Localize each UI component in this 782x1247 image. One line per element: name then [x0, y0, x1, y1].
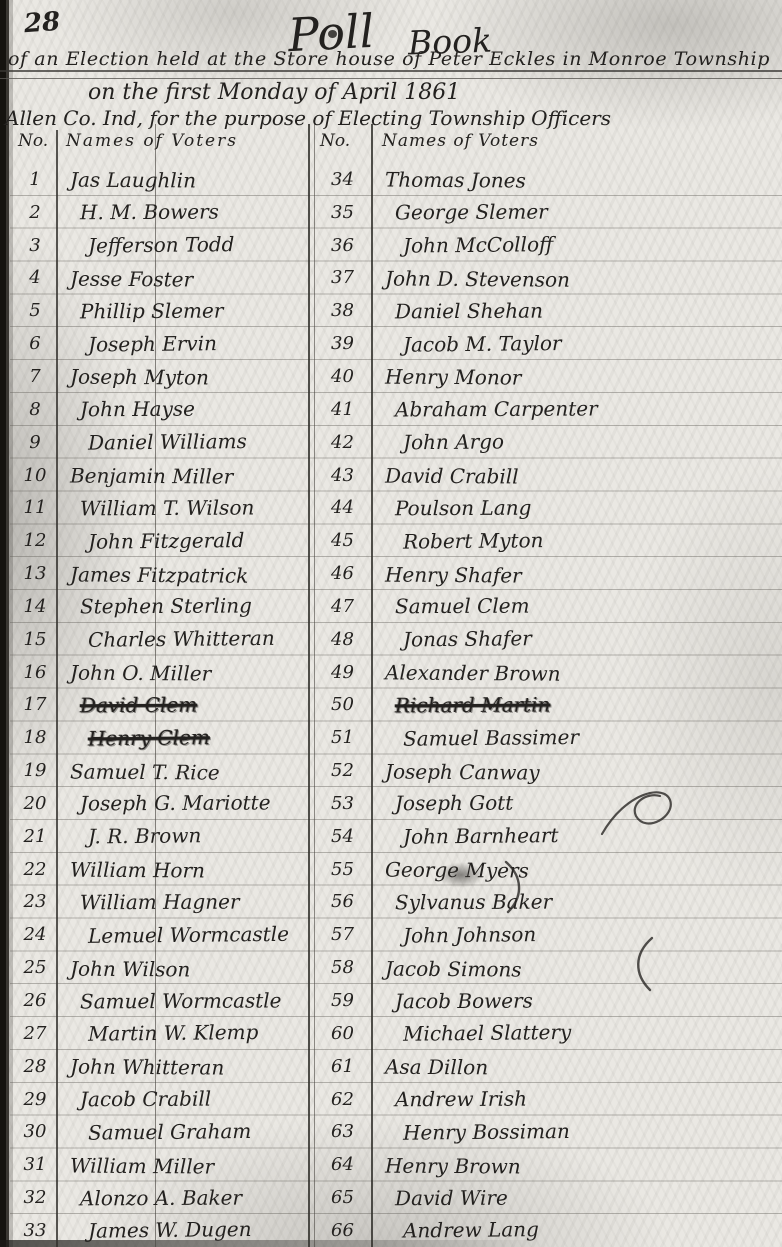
voter-name: Daniel Williams [58, 429, 247, 455]
voter-name: Thomas Jones [373, 168, 526, 193]
row-number: 24 [12, 924, 58, 945]
voter-name: Phillip Slemer [58, 298, 224, 323]
voter-name: Henry Clem [58, 725, 210, 751]
table-row: 16John O. Miller [12, 656, 312, 689]
voter-name: Joseph Myton [58, 365, 209, 390]
row-number: 10 [12, 465, 58, 486]
table-row: 35George Slemer [312, 196, 780, 229]
row-number: 63 [312, 1121, 373, 1142]
voter-name: Jefferson Todd [58, 232, 235, 258]
voter-name: Andrew Irish [373, 1087, 527, 1112]
voter-name: Alonzo A. Baker [58, 1185, 242, 1210]
row-number: 41 [312, 399, 373, 420]
voter-name: Samuel Clem [373, 594, 530, 619]
row-number: 40 [312, 366, 373, 387]
row-number: 56 [312, 891, 373, 912]
table-row: 44Poulson Lang [312, 491, 780, 524]
voter-name: Benjamin Miller [58, 463, 233, 488]
row-number: 6 [12, 333, 58, 354]
table-row: 28John Whitteran [12, 1050, 312, 1083]
row-number: 21 [12, 826, 58, 847]
row-number: 34 [312, 169, 373, 190]
row-number: 8 [12, 399, 58, 420]
poll-book-page: 28 Poll Book of an Election held at the … [0, 0, 782, 1247]
row-number: 46 [312, 563, 373, 584]
row-number: 59 [312, 990, 373, 1011]
table-row: 19Samuel T. Rice [12, 754, 312, 787]
table-row: 33James W. Dugen [12, 1214, 312, 1247]
voter-name: Henry Brown [373, 1153, 521, 1178]
row-number: 1 [12, 169, 58, 190]
table-row: 45Robert Myton [312, 524, 780, 557]
row-number: 4 [12, 267, 58, 288]
table-row: 63Henry Bossiman [312, 1115, 780, 1148]
voter-name: Abraham Carpenter [373, 397, 598, 422]
voter-column-right: 34Thomas Jones35George Slemer36John McCo… [312, 163, 780, 1247]
row-number: 52 [312, 760, 373, 781]
voter-name: William T. Wilson [58, 495, 254, 520]
voter-name: Jesse Foster [58, 266, 193, 291]
voter-name: James Fitzpatrick [58, 562, 248, 587]
column-header-no-left: No. [18, 131, 48, 151]
row-number: 39 [312, 333, 373, 354]
voter-name: Samuel Bassimer [373, 725, 579, 751]
voter-name: Samuel Graham [58, 1119, 252, 1145]
row-number: 20 [12, 793, 58, 814]
row-number: 3 [12, 235, 58, 256]
row-number: 35 [312, 202, 373, 223]
voter-name: James W. Dugen [58, 1217, 252, 1243]
voter-name: George Slemer [373, 200, 548, 225]
table-row: 36John McColloff [312, 229, 780, 262]
row-number: 30 [12, 1121, 58, 1142]
row-number: 49 [312, 662, 373, 683]
table-row: 60Michael Slattery [312, 1017, 780, 1050]
row-number: 22 [12, 859, 58, 880]
row-number: 66 [312, 1220, 373, 1241]
table-row: 17David Clem [12, 689, 312, 722]
row-number: 48 [312, 629, 373, 650]
row-number: 15 [12, 629, 58, 650]
table-row: 25John Wilson [12, 951, 312, 984]
row-number: 25 [12, 957, 58, 978]
row-number: 7 [12, 366, 58, 387]
voter-name: John D. Stevenson [373, 266, 570, 291]
row-number: 11 [12, 497, 58, 518]
table-row: 46Henry Shafer [312, 557, 780, 590]
column-header-names-left: Names of Voters [66, 131, 238, 151]
row-number: 32 [12, 1187, 58, 1208]
row-number: 42 [312, 432, 373, 453]
row-number: 31 [12, 1154, 58, 1175]
voter-name: John Argo [373, 429, 504, 454]
voter-name: Samuel T. Rice [58, 759, 220, 784]
table-row: 49Alexander Brown [312, 656, 780, 689]
table-row: 31William Miller [12, 1148, 312, 1181]
row-number: 58 [312, 957, 373, 978]
table-row: 5Phillip Slemer [12, 294, 312, 327]
row-number: 36 [312, 235, 373, 256]
table-row: 41Abraham Carpenter [312, 393, 780, 426]
row-number: 60 [312, 1023, 373, 1044]
row-number: 43 [312, 465, 373, 486]
table-row: 21J. R. Brown [12, 820, 312, 853]
voter-name: William Miller [58, 1153, 214, 1178]
table-row: 54John Barnheart [312, 820, 780, 853]
voter-name: Stephen Sterling [58, 594, 252, 619]
voter-name: Jonas Shafer [373, 626, 532, 652]
table-row: 12John Fitzgerald [12, 524, 312, 557]
table-row: 32Alonzo A. Baker [12, 1181, 312, 1214]
voter-name: John Wilson [58, 956, 191, 981]
header-line-1: of an Election held at the Store house o… [8, 48, 782, 70]
table-row: 64Henry Brown [312, 1148, 780, 1181]
row-number: 16 [12, 662, 58, 683]
table-row: 62Andrew Irish [312, 1083, 780, 1116]
table-row: 11William T. Wilson [12, 491, 312, 524]
table-row: 22William Horn [12, 853, 312, 886]
voter-name: John Fitzgerald [58, 528, 245, 554]
table-row: 50Richard Martin [312, 689, 780, 722]
row-number: 65 [312, 1187, 373, 1208]
voter-name: William Hagner [58, 890, 240, 915]
row-number: 47 [312, 596, 373, 617]
voter-name: Jacob Simons [373, 956, 522, 981]
voter-name: Joseph G. Mariotte [58, 791, 271, 816]
row-number: 44 [312, 497, 373, 518]
table-row: 48Jonas Shafer [312, 623, 780, 656]
row-number: 38 [312, 300, 373, 321]
voter-name: Samuel Wormcastle [58, 988, 282, 1013]
table-row: 56Sylvanus Baker [312, 886, 780, 919]
table-row: 13James Fitzpatrick [12, 557, 312, 590]
table-row: 53Joseph Gott [312, 787, 780, 820]
table-row: 55George Myers [312, 853, 780, 886]
table-row: 15Charles Whitteran [12, 623, 312, 656]
table-row: 1Jas Laughlin [12, 163, 312, 196]
table-row: 42John Argo [312, 426, 780, 459]
row-number: 23 [12, 891, 58, 912]
voter-name: John McColloff [373, 232, 553, 258]
table-row: 29Jacob Crabill [12, 1083, 312, 1116]
row-number: 55 [312, 859, 373, 880]
table-row: 9Daniel Williams [12, 426, 312, 459]
voter-name: Joseph Gott [373, 791, 513, 816]
table-row: 34Thomas Jones [312, 163, 780, 196]
voter-name: David Wire [373, 1185, 508, 1210]
voter-name: Richard Martin [373, 692, 551, 717]
table-row: 24Lemuel Wormcastle [12, 918, 312, 951]
table-row: 4Jesse Foster [12, 262, 312, 295]
voter-name: John Johnson [373, 922, 536, 948]
table-row: 23William Hagner [12, 886, 312, 919]
row-number: 29 [12, 1089, 58, 1110]
table-row: 51Samuel Bassimer [312, 721, 780, 754]
voter-name: Jacob M. Taylor [373, 331, 562, 357]
row-number: 9 [12, 432, 58, 453]
table-row: 40Henry Monor [312, 360, 780, 393]
voter-name: Joseph Ervin [58, 331, 217, 357]
voter-name: Lemuel Wormcastle [58, 922, 289, 948]
table-row: 18Henry Clem [12, 721, 312, 754]
voter-name: Robert Myton [373, 528, 544, 554]
table-row: 61Asa Dillon [312, 1050, 780, 1083]
table-row: 43David Crabill [312, 459, 780, 492]
voter-column-left: 1Jas Laughlin2H. M. Bowers3Jefferson Tod… [12, 163, 312, 1247]
row-number: 62 [312, 1089, 373, 1110]
row-number: 5 [12, 300, 58, 321]
voter-name: John Hayse [58, 397, 195, 422]
voter-name: Sylvanus Baker [373, 890, 552, 915]
table-row: 38Daniel Shehan [312, 294, 780, 327]
table-row: 20Joseph G. Mariotte [12, 787, 312, 820]
row-number: 26 [12, 990, 58, 1011]
page-number: 28 [23, 7, 61, 39]
table-row: 3Jefferson Todd [12, 229, 312, 262]
voter-name: Jacob Bowers [373, 988, 533, 1013]
table-row: 57John Johnson [312, 918, 780, 951]
table-row: 27Martin W. Klemp [12, 1017, 312, 1050]
table-row: 66Andrew Lang [312, 1214, 780, 1247]
voter-name: Henry Shafer [373, 562, 522, 587]
row-number: 2 [12, 202, 58, 223]
voter-name: John Barnheart [373, 823, 559, 849]
row-number: 27 [12, 1023, 58, 1044]
table-row: 47Samuel Clem [312, 590, 780, 623]
row-number: 51 [312, 727, 373, 748]
table-row: 2H. M. Bowers [12, 196, 312, 229]
row-number: 53 [312, 793, 373, 814]
table-row: 8John Hayse [12, 393, 312, 426]
voter-name: Joseph Canway [373, 759, 540, 784]
row-number: 14 [12, 596, 58, 617]
voter-name: Martin W. Klemp [58, 1020, 259, 1046]
row-number: 54 [312, 826, 373, 847]
row-number: 37 [312, 267, 373, 288]
table-row: 58Jacob Simons [312, 951, 780, 984]
voter-name: John Whitteran [58, 1055, 224, 1080]
row-number: 45 [312, 530, 373, 551]
voter-name: Henry Bossiman [373, 1119, 570, 1145]
table-row: 37John D. Stevenson [312, 262, 780, 295]
header-line-3: Allen Co. Ind, for the purpose of Electi… [5, 106, 611, 130]
header-line-2: on the first Monday of April 1861 [88, 80, 460, 105]
row-number: 19 [12, 760, 58, 781]
ink-smudge [438, 862, 484, 888]
row-number: 17 [12, 694, 58, 715]
column-header-names-right: Names of Voters [382, 131, 539, 151]
row-number: 18 [12, 727, 58, 748]
voter-name: Henry Monor [373, 365, 522, 390]
row-number: 12 [12, 530, 58, 551]
table-row: 14Stephen Sterling [12, 590, 312, 623]
header-underline [0, 70, 782, 79]
voter-name: Andrew Lang [373, 1218, 539, 1244]
row-number: 57 [312, 924, 373, 945]
row-number: 61 [312, 1056, 373, 1077]
table-row: 10Benjamin Miller [12, 459, 312, 492]
voter-name: Charles Whitteran [58, 626, 275, 652]
table-row: 52Joseph Canway [312, 754, 780, 787]
voter-name: Poulson Lang [373, 495, 532, 520]
row-number: 28 [12, 1056, 58, 1077]
voter-name: H. M. Bowers [58, 200, 219, 225]
voter-name: Jacob Crabill [58, 1087, 211, 1112]
table-row: 59Jacob Bowers [312, 984, 780, 1017]
voter-name: Jas Laughlin [58, 168, 196, 193]
row-number: 64 [312, 1154, 373, 1175]
row-number: 50 [312, 694, 373, 715]
voter-name: Asa Dillon [373, 1055, 488, 1080]
voter-name: William Horn [58, 858, 205, 883]
voter-name: J. R. Brown [58, 824, 202, 849]
table-row: 30Samuel Graham [12, 1115, 312, 1148]
voter-name: David Crabill [373, 464, 519, 489]
table-row: 65David Wire [312, 1181, 780, 1214]
row-number: 13 [12, 563, 58, 584]
table-row: 7Joseph Myton [12, 360, 312, 393]
voter-name: Daniel Shehan [373, 298, 543, 323]
voter-name: David Clem [58, 693, 197, 718]
column-header-no-right: No. [320, 131, 350, 151]
row-number: 33 [12, 1220, 58, 1241]
voter-name: John O. Miller [58, 661, 211, 686]
table-row: 26Samuel Wormcastle [12, 984, 312, 1017]
table-row: 39Jacob M. Taylor [312, 327, 780, 360]
table-row: 6Joseph Ervin [12, 327, 312, 360]
voter-name: Michael Slattery [373, 1020, 572, 1046]
voter-name: Alexander Brown [373, 660, 561, 685]
